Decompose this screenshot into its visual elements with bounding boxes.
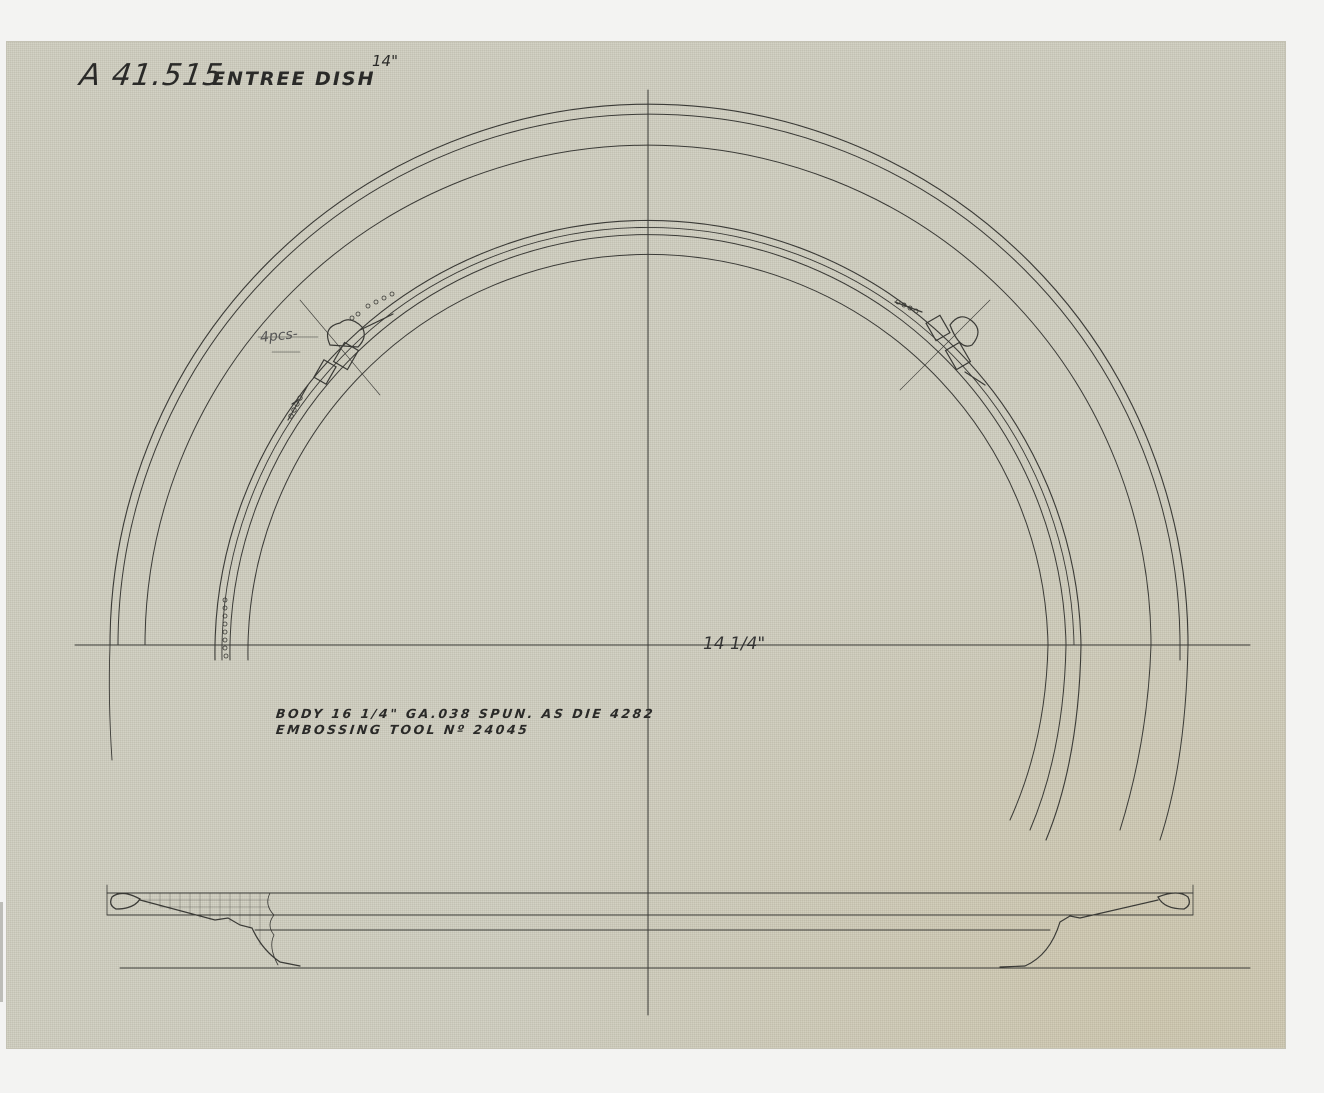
left-ornament xyxy=(288,314,393,420)
drawing-code: A 41.515 xyxy=(78,58,226,93)
rim-arc-lower-right-1 xyxy=(1160,645,1188,840)
diameter-dimension: 14 1/4" xyxy=(703,634,765,654)
rim-arc-lower-left xyxy=(109,645,112,760)
spec-note-body: BODY 16 1/4" GA.038 SPUN. AS DIE 4282 xyxy=(275,706,656,721)
construction-line-right xyxy=(900,300,990,390)
technical-drawing xyxy=(0,0,1324,1093)
outer-rim-arc-2 xyxy=(118,114,1180,660)
construction-line-left xyxy=(300,300,380,395)
outer-rim-arc-1 xyxy=(110,104,1188,645)
drawing-size: 14" xyxy=(372,52,398,70)
drawing-title: ENTREE DISH xyxy=(212,68,375,90)
left-beading xyxy=(223,292,394,658)
spec-note-embossing: EMBOSSING TOOL Nº 24045 xyxy=(275,722,530,737)
side-elevation xyxy=(107,885,1250,968)
rim-arc-lower-right-2 xyxy=(1120,645,1151,830)
